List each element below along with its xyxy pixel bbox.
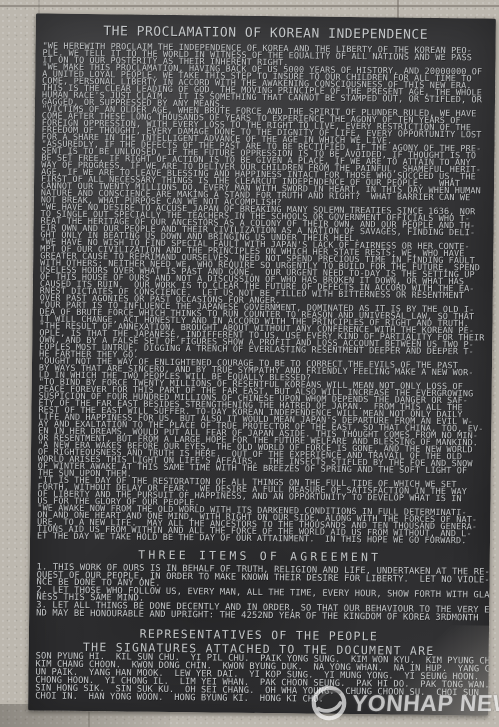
watermark-text: YONHAP NEWS xyxy=(351,690,499,717)
monument-photo: THE PROCLAMATION OF KOREAN INDEPENDENCE … xyxy=(0,0,499,727)
proclamation-body: "WE HEREWITH PROCLAIM THE INDEPENDENCE O… xyxy=(37,43,495,545)
yonhap-watermark: YONHAP NEWS xyxy=(310,684,499,722)
granite-joint-top xyxy=(0,5,499,7)
yonhap-logo-icon xyxy=(310,684,348,722)
agreement-items: 1. THIS WORK OF OURS IS IN BEHALF OF TRU… xyxy=(36,564,489,622)
stone-plaque: THE PROCLAMATION OF KOREAN INDEPENDENCE … xyxy=(28,13,496,715)
plaque-title: THE PROCLAMATION OF KOREAN INDEPENDENCE xyxy=(36,23,496,43)
